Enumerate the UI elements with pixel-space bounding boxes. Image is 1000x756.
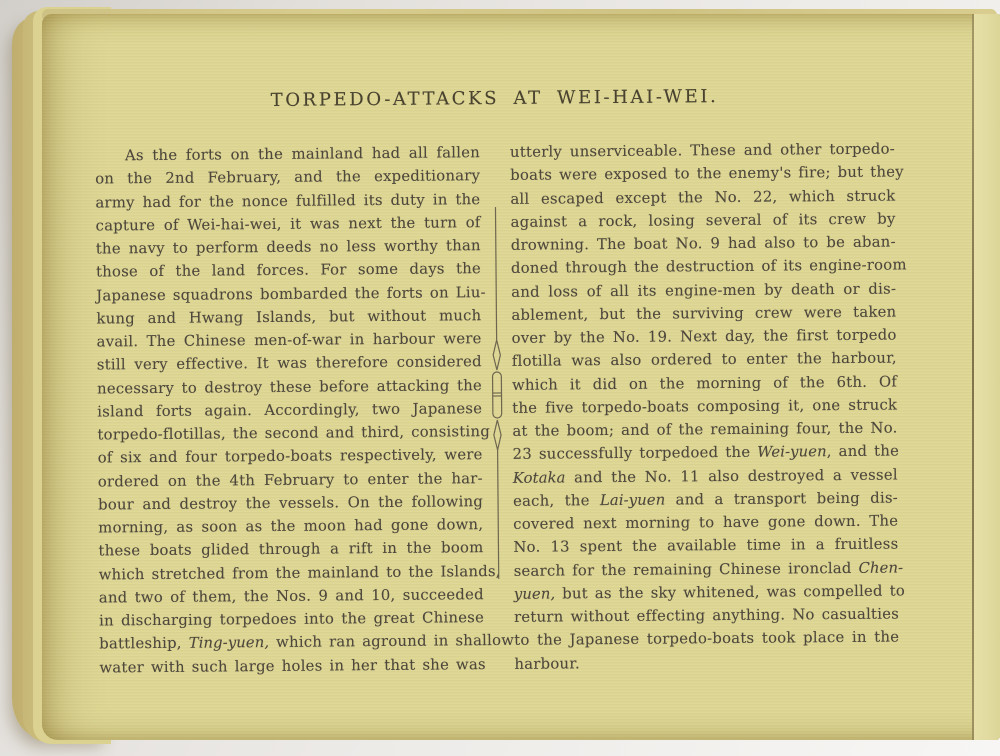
text-line: capture of Wei-hai-wei, it was next the … (96, 211, 481, 238)
text-line: ablement, but the surviving crew were ta… (511, 300, 896, 327)
text-line: boats were exposed to the enemy's fire; … (510, 161, 895, 188)
text-line: and loss of all its engine-men by death … (511, 277, 896, 304)
text-line: torpedo-flotillas, the second and third,… (97, 420, 482, 447)
text-line: these boats glided through a rift in the… (98, 536, 483, 563)
text-line: As the forts on the mainland had all fal… (95, 141, 480, 168)
right-column: utterly unserviceable. These and other t… (510, 138, 900, 676)
text-line: at the boom; and of the remaining four, … (512, 417, 897, 444)
text-line: search for the remaining Chinese ironcla… (514, 556, 899, 583)
text-line: return without effecting anything. No ca… (514, 603, 899, 630)
left-column: As the forts on the mainland had all fal… (95, 141, 485, 679)
scanned-book-photo: { "title": "TORPEDO-ATTACKS AT WEI-HAI-W… (0, 0, 1000, 756)
text-line: which stretched from the mainland to the… (99, 560, 484, 587)
text-line: to the Japanese torpedo-boats took place… (514, 626, 899, 653)
text-line: against a rock, losing several of its cr… (511, 207, 896, 234)
text-line: flotilla was also ordered to enter the h… (512, 347, 897, 374)
text-line: on the 2nd February, and the expeditiona… (95, 164, 480, 191)
text-columns: As the forts on the mainland had all fal… (95, 138, 900, 680)
text-line: in discharging torpedoes into the great … (99, 606, 484, 633)
page-content: TORPEDO-ATTACKS AT WEI-HAI-WEI. As the f… (94, 85, 899, 680)
column-divider-ornament-icon (488, 207, 505, 579)
book: TORPEDO-ATTACKS AT WEI-HAI-WEI. As the f… (8, 6, 1000, 746)
text-line: still very effective. It was therefore c… (97, 350, 482, 377)
text-line: over by the No. 19. Next day, the first … (512, 324, 897, 351)
text-line: of six and four torpedo-boats respective… (98, 443, 483, 470)
text-line: water with such large holes in her that … (99, 653, 484, 680)
text-line: Japanese squadrons bombarded the forts o… (96, 281, 481, 308)
text-line: and two of them, the Nos. 9 and 10, succ… (99, 583, 484, 610)
text-line: drowning. The boat No. 9 had also to be … (511, 231, 896, 258)
text-line: which it did on the morning of the 6th. … (512, 370, 897, 397)
text-line: all escaped except the No. 22, which str… (510, 184, 895, 211)
page-title: TORPEDO-ATTACKS AT WEI-HAI-WEI. (94, 85, 894, 113)
text-line: avail. The Chinese men-of-war in harbour… (97, 327, 482, 354)
text-line: island forts again. Accordingly, two Jap… (97, 397, 482, 424)
text-line: ordered on the 4th February to enter the… (98, 467, 483, 494)
text-line: No. 13 spent the available time in a fru… (513, 533, 898, 560)
text-line: battleship, Ting-yuen, which ran aground… (99, 629, 484, 656)
text-line: necessary to destroy these before attack… (97, 374, 482, 401)
text-line: yuen, but as the sky whitened, was compe… (514, 579, 899, 606)
text-line: covered next morning to have gone down. … (513, 510, 898, 537)
text-line: doned through the destruction of its eng… (511, 254, 896, 281)
text-line: Kotaka and the No. 11 also destroyed a v… (513, 463, 898, 490)
text-line: utterly unserviceable. These and other t… (510, 138, 895, 165)
book-page: TORPEDO-ATTACKS AT WEI-HAI-WEI. As the f… (42, 14, 1000, 740)
text-line: the five torpedo-boats composing it, one… (512, 393, 897, 420)
text-line: the navy to perform deeds no less worthy… (96, 234, 481, 261)
text-line: each, the Lai-yuen and a transport being… (513, 486, 898, 513)
text-line: harbour. (514, 649, 899, 676)
text-line: kung and Hwang Islands, but without much (96, 304, 481, 331)
text-line: 23 successfully torpedoed the Wei-yuen, … (513, 440, 898, 467)
text-line: army had for the nonce fulfilled its dut… (95, 188, 480, 215)
text-line: morning, as soon as the moon had gone do… (98, 513, 483, 540)
page-fold-strip (974, 14, 1000, 740)
text-line: bour and destroy the vessels. On the fol… (98, 490, 483, 517)
text-line: those of the land forces. For some days … (96, 257, 481, 284)
